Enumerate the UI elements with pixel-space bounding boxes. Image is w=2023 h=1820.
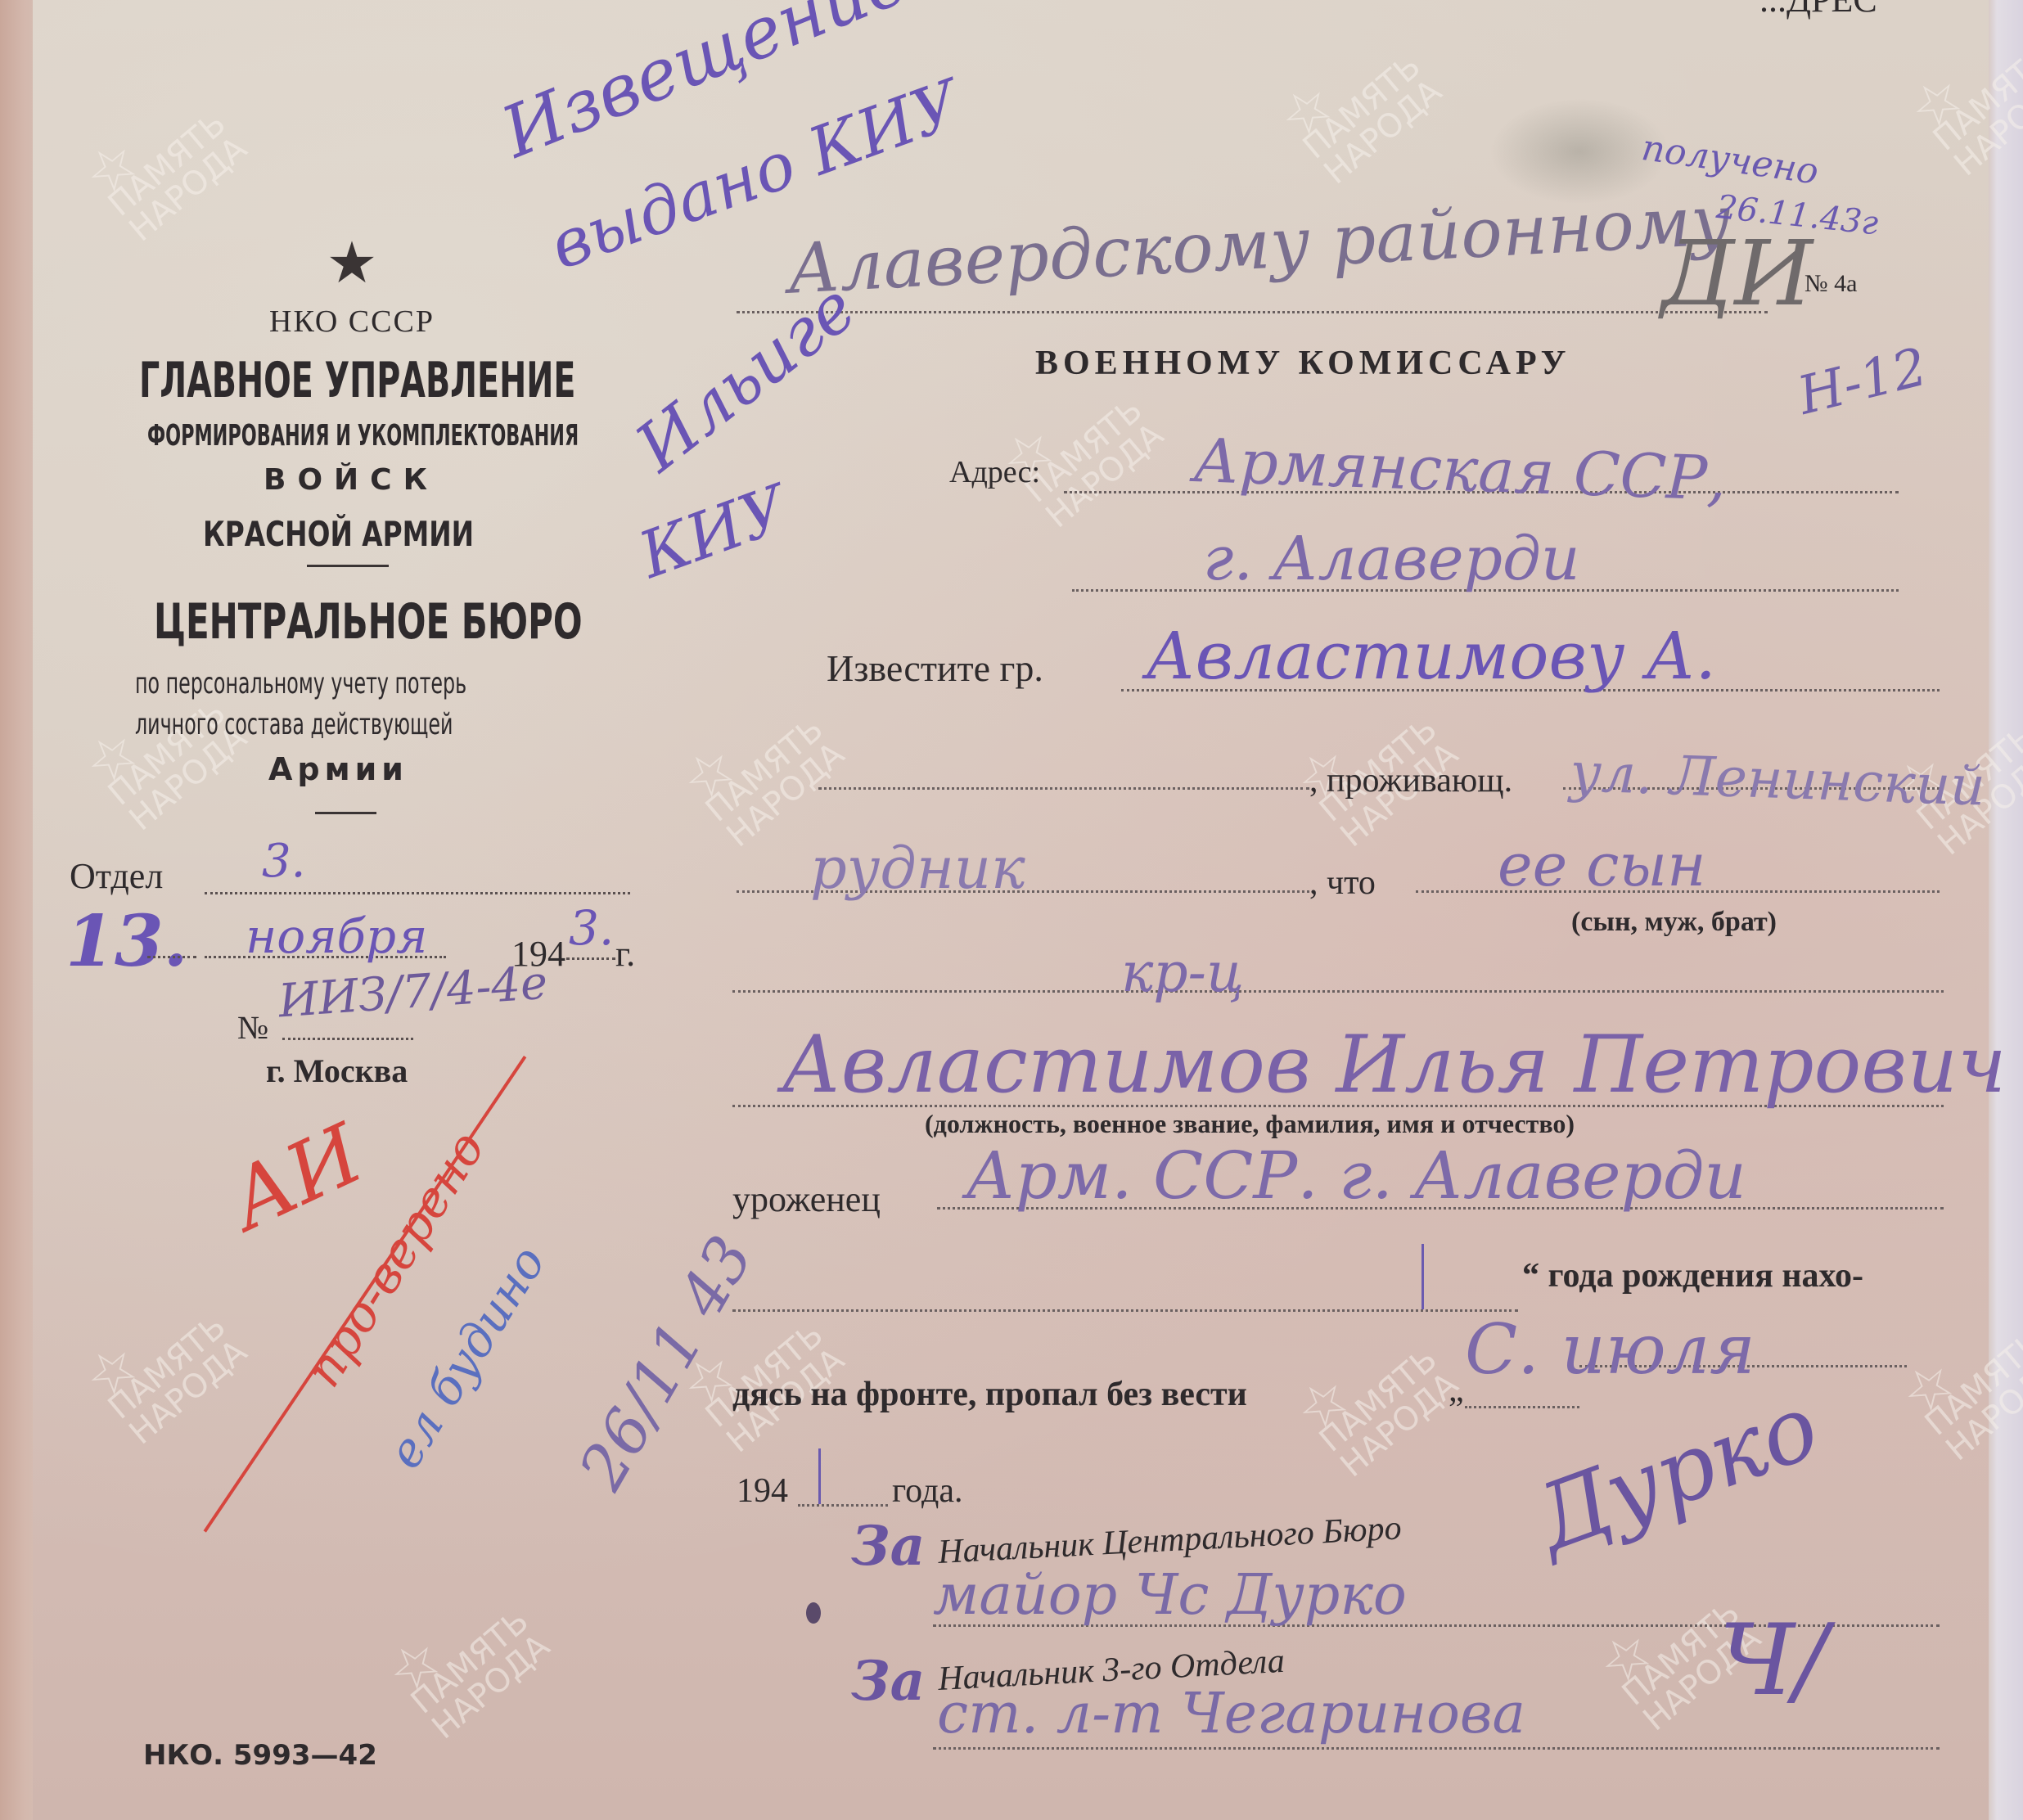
date-month: ноября [246,908,427,964]
notify-value: Авластимову А. [1146,618,1716,694]
troops-label: ВОЙСК [264,463,439,497]
that-label: , что [1309,863,1376,903]
bureau-desc-2: личного состава действующей [135,708,453,741]
native-label: уроженец [732,1178,881,1220]
sig2-name: ст. л-т Чегаринова [937,1682,1525,1746]
addressee-title: ВОЕННОМУ КОМИССАРУ [1035,344,1570,383]
sig2-line [933,1747,1940,1750]
recipient-line [737,311,1768,313]
letterhead: ★ НКО СССР [131,229,573,340]
sig2-prefix: За [851,1649,925,1713]
department-label: Отдел [70,855,163,897]
native-value: Арм. ССР. г. Алаверди [966,1137,1746,1214]
divider [315,812,376,814]
year-value-mark [818,1448,821,1504]
army-label: КРАСНОЙ АРМИИ [203,514,474,554]
date-year-value: 3. [569,900,614,956]
residing-value-2: рудник [810,835,1025,902]
soldier-hint: (должность, военное звание, фамилия, имя… [925,1109,1575,1139]
number-label: № [237,1008,268,1047]
directorate-subtitle: ФОРМИРОВАНИЯ И УКОМПЛЕКТОВАНИЯ [147,419,579,453]
bureau-title: ЦЕНТРАЛЬНОЕ БЮРО [154,593,583,651]
notify-label: Известите гр. [827,646,1043,690]
missing-value: С. июля [1465,1309,1755,1390]
form-number: № 4а [1804,270,1857,298]
date-day-line [147,956,196,958]
date-year-line [566,957,615,960]
department-value: 3. [262,835,305,888]
bureau-desc-1: по персональному учету потерь [135,667,466,701]
directorate-title: ГЛАВНОЕ УПРАВЛЕНИЕ [139,352,575,409]
missing-quote: „ [1449,1371,1464,1410]
rank-line [732,990,1944,993]
missing-label: дясь на фронте, пропал без вести [732,1375,1247,1414]
department-line [205,892,630,894]
ministry-name: НКО СССР [131,304,573,340]
rank-value: кр-ц [1121,941,1244,1004]
date-day: 13. [65,900,188,983]
year-suffix: года. [892,1471,962,1511]
year-line [798,1504,888,1507]
relation-hint: (сын, муж, брат) [1571,907,1777,938]
residing-label: , проживающ. [1309,761,1512,800]
soldier-name: Авластимов Илья Петрович [782,1019,2007,1110]
address-value-2: г. Алаверди [1203,524,1580,594]
sig1-name: майор Чс Дурко [933,1563,1407,1628]
address-label: Адрес: [949,454,1040,490]
divider [307,565,389,567]
date-year-suffix: г. [615,933,635,975]
relation-value: ее сын [1498,831,1706,899]
corner-text: ...ДРЕС [1759,0,1877,20]
sig1-prefix: За [851,1514,925,1578]
missing-day-line [1465,1406,1579,1408]
bureau-desc-3: Армии [268,751,408,787]
initials: ДИ [1661,221,1813,326]
red-star-icon: ★ [131,229,573,297]
birth-year-value-mark [1422,1244,1424,1309]
number-line [282,1038,413,1040]
ink-dot [806,1602,821,1624]
birth-year-line [732,1309,1518,1312]
form-code: НКО. 5993—42 [143,1739,377,1772]
sig2-signature: Ч/ [1719,1604,1827,1718]
city-label: г. Москва [266,1052,408,1090]
year-prefix: 194 [737,1471,788,1511]
residing-blank-line [818,787,1309,790]
birth-year-label: “ года рождения нахо- [1522,1256,1863,1295]
